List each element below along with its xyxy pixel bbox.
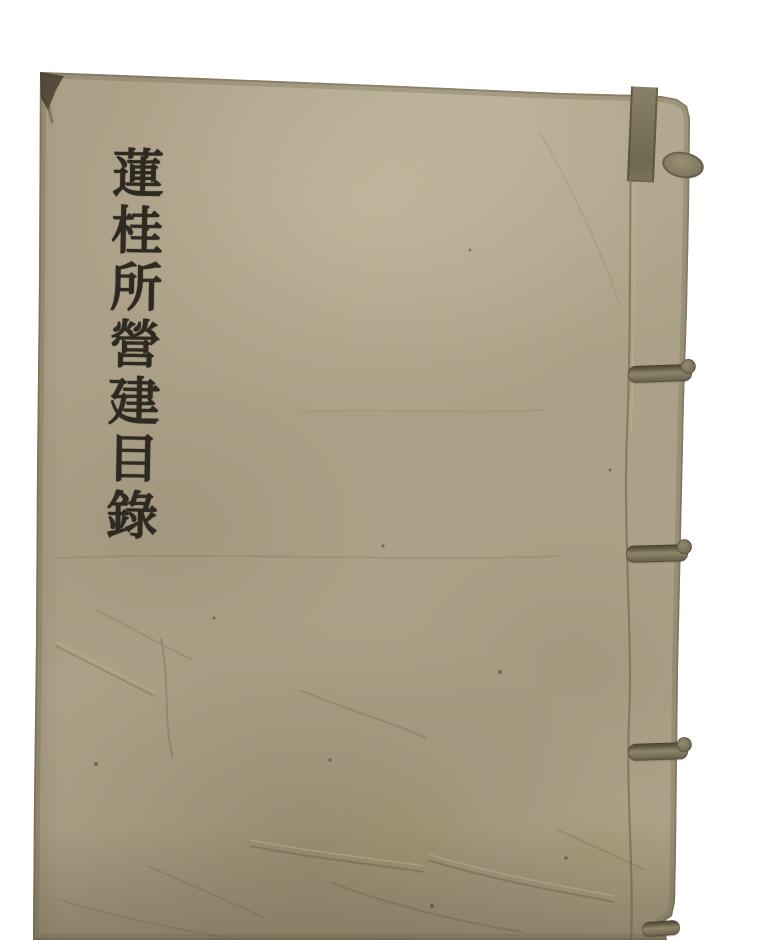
book-cover: 蓮桂所營建目錄	[0, 0, 775, 940]
paper-specks	[94, 249, 612, 908]
book-title: 蓮桂所營建目錄	[93, 145, 166, 570]
photo-background: 蓮桂所營建目錄	[0, 0, 775, 940]
binding-stitch-3	[628, 742, 689, 761]
binding-stitch-4	[642, 920, 681, 938]
book-title-text: 蓮桂所營建目錄	[96, 145, 163, 545]
binding-stitch-2	[626, 544, 688, 563]
binding-stitch-1	[628, 364, 693, 383]
corner-binding-band	[627, 86, 658, 182]
